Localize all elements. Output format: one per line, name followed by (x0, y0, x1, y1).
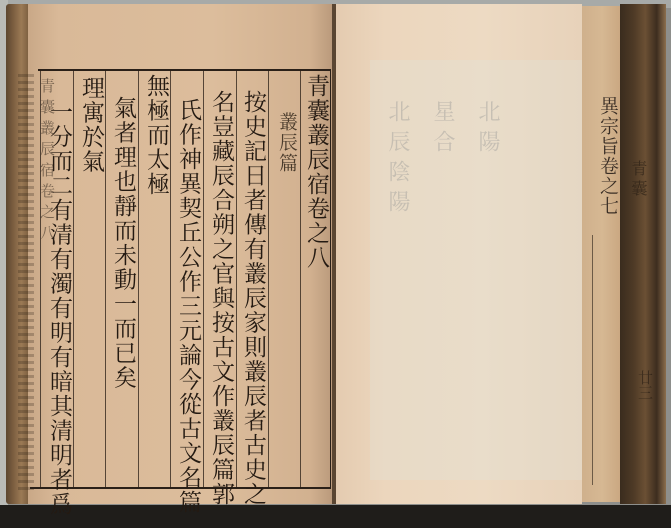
right-strip-rule (592, 235, 593, 485)
right-edge-folio: 廿三 (630, 370, 656, 400)
page-frame-top (38, 69, 330, 71)
volume-title-column: 青囊叢辰宿卷之八 (301, 74, 331, 270)
text-column: 名豈藏辰合朔之官與按古文作叢辰篇郭 (206, 90, 236, 507)
column-divider (203, 70, 204, 488)
text-column: 氣者理也靜而未動一而已矣 (108, 96, 138, 390)
column-divider (236, 70, 237, 488)
left-edge-texture (18, 70, 34, 490)
column-divider (268, 70, 269, 488)
right-edge-running-title: 青囊 (624, 160, 650, 200)
background-bottom-shadow (0, 505, 671, 528)
heading-column: 理寓於氣 (76, 76, 106, 174)
text-column: 一分而二有清有濁有明有暗其清明者爲 (44, 100, 74, 517)
heading-column: 無極而太極 (141, 74, 171, 197)
open-book-scene: 青囊叢辰宿卷之八 北辰陰陽 星合 北陽 異宗旨卷之七 青囊 廿三 青囊叢辰宿卷之… (0, 0, 671, 528)
right-strip-title: 異宗旨卷之七 (592, 96, 622, 216)
show-through-text: 星合 (430, 100, 458, 160)
chapter-title-column: 叢辰篇 (272, 112, 302, 174)
show-through-text: 北陽 (475, 100, 503, 160)
text-column: 氏作神異契丘公作三元論今從古文名篇 (173, 98, 203, 515)
column-divider (40, 70, 41, 488)
text-column: 按史記日者傳有叢辰家則叢辰者古史之 (238, 90, 268, 507)
show-through-text: 北辰陰陽 (385, 100, 413, 220)
column-divider (138, 70, 139, 488)
right-title-strip (582, 6, 622, 502)
right-page-stack-edge (620, 4, 666, 504)
